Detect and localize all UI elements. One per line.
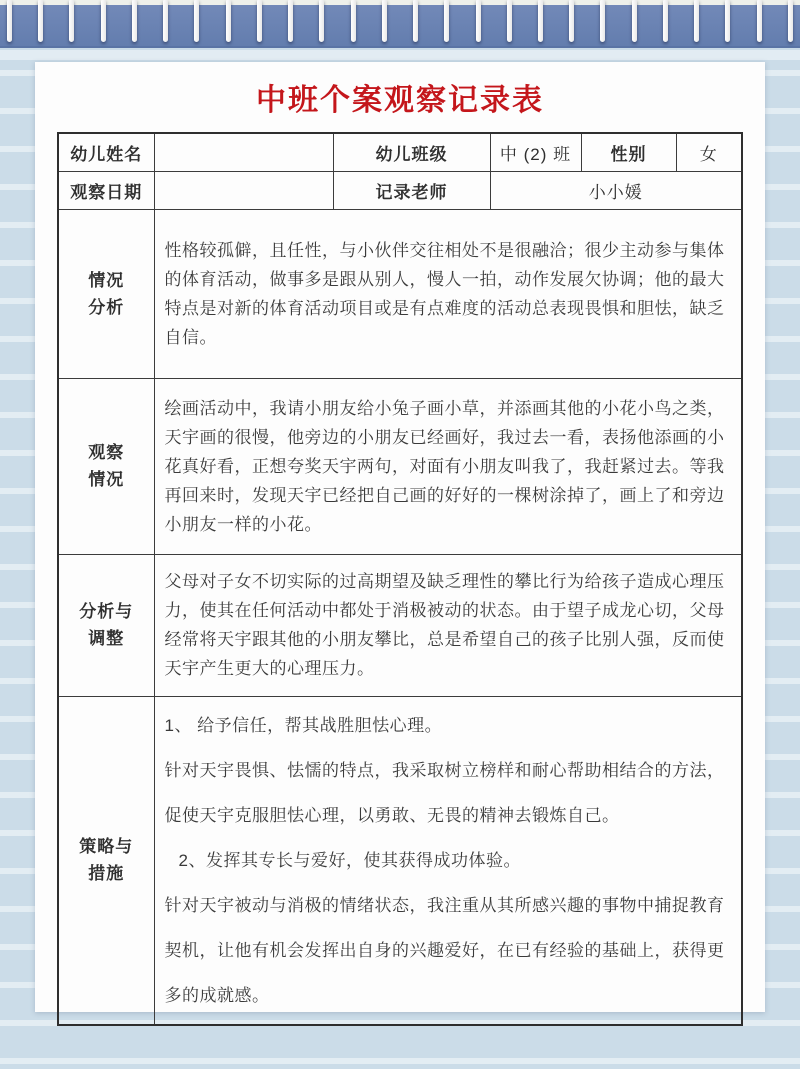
binding-pin	[132, 0, 137, 42]
child-name-value	[154, 133, 333, 171]
table-row-situation-analysis: 情况 分析 性格较孤僻，且任性，与小伙伴交往相处不是很融洽；很少主动参与集体的体…	[58, 209, 742, 378]
binding-pin	[257, 0, 262, 42]
binding-pin	[351, 0, 356, 42]
page-title: 中班个案观察记录表	[35, 75, 765, 119]
binding-pin	[694, 0, 699, 42]
observe-date-label: 观察日期	[58, 171, 154, 209]
binding-pin	[632, 0, 637, 42]
binding-pins	[0, 0, 800, 46]
binding-pin	[788, 0, 793, 42]
record-teacher-label: 记录老师	[333, 171, 490, 209]
binding-pin	[319, 0, 324, 42]
measures-paragraph: 2、发挥其专长与爱好，使其获得成功体验。	[165, 838, 736, 883]
binding-pin	[476, 0, 481, 42]
strategies-measures-label: 策略与 措施	[58, 696, 154, 1025]
measures-paragraph: 针对天宇畏惧、怯懦的特点，我采取树立榜样和耐心帮助相结合的方法，促使天宇克服胆怯…	[165, 748, 736, 838]
table-row-analysis-adjustment: 分析与 调整 父母对子女不切实际的过高期望及缺乏理性的攀比行为给孩子造成心理压力…	[58, 554, 742, 696]
observation-label: 观察 情况	[58, 378, 154, 554]
measures-paragraph: 针对天宇被动与消极的情绪状态，我注重从其所感兴趣的事物中捕捉教育契机，让他有机会…	[165, 883, 736, 1018]
table-row-strategies-measures: 策略与 措施 1、 给予信任，帮其战胜胆怯心理。 针对天宇畏惧、怯懦的特点，我采…	[58, 696, 742, 1025]
observation-text: 绘画活动中，我请小朋友给小兔子画小草，并添画其他的小花小鸟之类，天宇画的很慢，他…	[154, 378, 742, 554]
binding-pin	[444, 0, 449, 42]
analysis-adjustment-text: 父母对子女不切实际的过高期望及缺乏理性的攀比行为给孩子造成心理压力，使其在任何活…	[154, 554, 742, 696]
binding-pin	[507, 0, 512, 42]
binding-pin	[194, 0, 199, 42]
binding-pin	[663, 0, 668, 42]
binding-pin	[101, 0, 106, 42]
observation-record-table: 幼儿姓名 幼儿班级 中 (2) 班 性别 女 观察日期 记录老师 小小媛 情况 …	[57, 132, 743, 1026]
record-teacher-value: 小小媛	[490, 171, 742, 209]
binding-pin	[288, 0, 293, 42]
binding-pin	[569, 0, 574, 42]
analysis-adjustment-label: 分析与 调整	[58, 554, 154, 696]
binding-pin	[600, 0, 605, 42]
binding-pin	[38, 0, 43, 42]
table-row-observation: 观察 情况 绘画活动中，我请小朋友给小兔子画小草，并添画其他的小花小鸟之类，天宇…	[58, 378, 742, 554]
binding-pin	[69, 0, 74, 42]
binding-pin	[413, 0, 418, 42]
strategies-measures-text: 1、 给予信任，帮其战胜胆怯心理。 针对天宇畏惧、怯懦的特点，我采取树立榜样和耐…	[154, 696, 742, 1025]
binding-pin	[538, 0, 543, 42]
binding-pin	[382, 0, 387, 42]
table-row-child-info: 幼儿姓名 幼儿班级 中 (2) 班 性别 女	[58, 133, 742, 171]
situation-analysis-text: 性格较孤僻，且任性，与小伙伴交往相处不是很融洽；很少主动参与集体的体育活动，做事…	[154, 209, 742, 378]
band-lower-strip	[0, 50, 800, 60]
measures-paragraph: 1、 给予信任，帮其战胜胆怯心理。	[165, 703, 736, 748]
child-class-label: 幼儿班级	[333, 133, 490, 171]
child-name-label: 幼儿姓名	[58, 133, 154, 171]
binding-pin	[757, 0, 762, 42]
binding-pin	[7, 0, 12, 42]
binding-pin	[725, 0, 730, 42]
child-class-value: 中 (2) 班	[490, 133, 581, 171]
gender-label: 性别	[581, 133, 676, 171]
binding-pin	[226, 0, 231, 42]
document-card: 中班个案观察记录表 幼儿姓名 幼儿班级 中 (2) 班 性别 女 观察日期 记录…	[35, 62, 765, 1012]
situation-analysis-label: 情况 分析	[58, 209, 154, 378]
binding-pin	[163, 0, 168, 42]
observe-date-value	[154, 171, 333, 209]
gender-value: 女	[676, 133, 742, 171]
table-row-date-teacher: 观察日期 记录老师 小小媛	[58, 171, 742, 209]
